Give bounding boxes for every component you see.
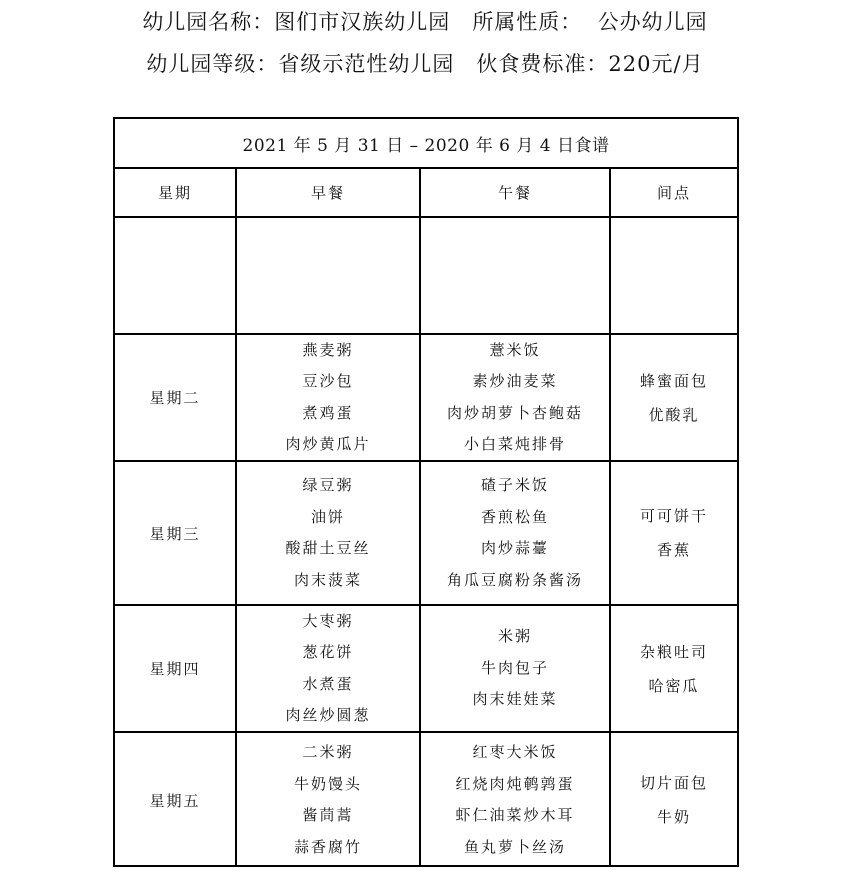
menu-item: 碴子米饭	[481, 470, 549, 502]
menu-item: 薏米饭	[489, 335, 540, 367]
menu-item: 酸甜土豆丝	[285, 533, 370, 565]
menu-item: 肉炒蒜薹	[481, 533, 549, 565]
menu-item: 酱茼蒿	[302, 800, 353, 832]
menu-item: 大枣粥	[302, 606, 353, 638]
menu-item: 牛奶	[657, 800, 691, 834]
menu-item: 米粥	[498, 621, 532, 653]
menu-item: 小白菜炖排骨	[464, 429, 566, 461]
menu-item: 红枣大米饭	[472, 737, 557, 769]
column-header-lunch: 午餐	[421, 169, 611, 216]
menu-item: 切片面包	[640, 766, 708, 800]
day-cell: 星期五	[115, 733, 237, 867]
menu-item: 鱼丸萝卜丝汤	[464, 832, 566, 864]
weekly-menu-table: 2021 年 5 月 31 日 – 2020 年 6 月 4 日食谱 星期 早餐…	[113, 117, 739, 867]
menu-item: 肉末菠菜	[294, 565, 362, 597]
column-header-row: 星期 早餐 午餐 间点	[115, 169, 737, 218]
day-cell: 星期二	[115, 335, 237, 460]
lunch-cell: 红枣大米饭红烧肉炖鹌鹑蛋虾仁油菜炒木耳鱼丸萝卜丝汤	[421, 733, 611, 867]
menu-item: 蜂蜜面包	[640, 364, 708, 398]
table-row-blank	[115, 218, 737, 335]
menu-item: 豆沙包	[302, 366, 353, 398]
column-header-snack: 间点	[611, 169, 737, 216]
snack-cell: 杂粮吐司哈密瓜	[611, 606, 737, 731]
menu-item: 二米粥	[302, 737, 353, 769]
menu-item: 肉丝炒圆葱	[285, 700, 370, 732]
menu-item: 优酸乳	[648, 398, 699, 432]
table-row-wednesday: 星期三绿豆粥油饼酸甜土豆丝肉末菠菜碴子米饭香煎松鱼肉炒蒜薹角瓜豆腐粉条酱汤可可饼…	[115, 462, 737, 606]
lunch-cell	[421, 218, 611, 333]
day-cell: 星期四	[115, 606, 237, 731]
menu-item: 香煎松鱼	[481, 502, 549, 534]
menu-item: 油饼	[311, 502, 345, 534]
menu-item: 肉炒胡萝卜杏鲍菇	[447, 398, 583, 430]
breakfast-cell	[237, 218, 421, 333]
menu-item: 肉末娃娃菜	[472, 684, 557, 716]
snack-cell: 蜂蜜面包优酸乳	[611, 335, 737, 460]
menu-item: 素炒油麦菜	[472, 366, 557, 398]
table-row-thursday: 星期四大枣粥葱花饼水煮蛋肉丝炒圆葱米粥牛肉包子肉末娃娃菜杂粮吐司哈密瓜	[115, 606, 737, 733]
column-header-breakfast: 早餐	[237, 169, 421, 216]
kindergarten-info-line-1: 幼儿园名称：图们市汉族幼儿园所属性质： 公办幼儿园	[0, 6, 850, 36]
breakfast-cell: 绿豆粥油饼酸甜土豆丝肉末菠菜	[237, 462, 421, 604]
menu-item: 牛奶馒头	[294, 769, 362, 801]
kindergarten-name: 幼儿园名称：图们市汉族幼儿园	[142, 10, 450, 34]
menu-item: 燕麦粥	[302, 335, 353, 367]
day-cell: 星期三	[115, 462, 237, 604]
day-cell	[115, 218, 237, 333]
lunch-cell: 碴子米饭香煎松鱼肉炒蒜薹角瓜豆腐粉条酱汤	[421, 462, 611, 604]
menu-title: 2021 年 5 月 31 日 – 2020 年 6 月 4 日食谱	[115, 119, 737, 167]
table-row-friday: 星期五二米粥牛奶馒头酱茼蒿蒜香腐竹红枣大米饭红烧肉炖鹌鹑蛋虾仁油菜炒木耳鱼丸萝卜…	[115, 733, 737, 867]
menu-item: 红烧肉炖鹌鹑蛋	[455, 769, 574, 801]
column-header-day: 星期	[115, 169, 237, 216]
menu-item: 蒜香腐竹	[294, 832, 362, 864]
menu-item: 肉炒黄瓜片	[285, 429, 370, 461]
breakfast-cell: 二米粥牛奶馒头酱茼蒿蒜香腐竹	[237, 733, 421, 867]
menu-item: 杂粮吐司	[640, 635, 708, 669]
menu-item: 可可饼干	[640, 499, 708, 533]
menu-item: 牛肉包子	[481, 653, 549, 685]
kindergarten-nature: 所属性质： 公办幼儿园	[472, 10, 707, 34]
menu-title-row: 2021 年 5 月 31 日 – 2020 年 6 月 4 日食谱	[115, 119, 737, 169]
table-row-tuesday: 星期二燕麦粥豆沙包煮鸡蛋肉炒黄瓜片薏米饭素炒油麦菜肉炒胡萝卜杏鲍菇小白菜炖排骨蜂…	[115, 335, 737, 462]
snack-cell: 切片面包牛奶	[611, 733, 737, 867]
menu-item: 虾仁油菜炒木耳	[455, 800, 574, 832]
snack-cell	[611, 218, 737, 333]
menu-item: 葱花饼	[302, 637, 353, 669]
breakfast-cell: 大枣粥葱花饼水煮蛋肉丝炒圆葱	[237, 606, 421, 731]
kindergarten-level: 幼儿园等级：省级示范性幼儿园	[146, 52, 454, 76]
menu-item: 煮鸡蛋	[302, 398, 353, 430]
lunch-cell: 薏米饭素炒油麦菜肉炒胡萝卜杏鲍菇小白菜炖排骨	[421, 335, 611, 460]
kindergarten-info-line-2: 幼儿园等级：省级示范性幼儿园伙食费标准：220元/月	[0, 48, 850, 78]
menu-item: 角瓜豆腐粉条酱汤	[447, 565, 583, 597]
meal-fee-standard: 伙食费标准：220元/月	[476, 52, 703, 76]
snack-cell: 可可饼干香蕉	[611, 462, 737, 604]
breakfast-cell: 燕麦粥豆沙包煮鸡蛋肉炒黄瓜片	[237, 335, 421, 460]
menu-item: 绿豆粥	[302, 470, 353, 502]
menu-item: 香蕉	[657, 533, 691, 567]
lunch-cell: 米粥牛肉包子肉末娃娃菜	[421, 606, 611, 731]
menu-item: 水煮蛋	[302, 669, 353, 701]
menu-item: 哈密瓜	[648, 669, 699, 703]
